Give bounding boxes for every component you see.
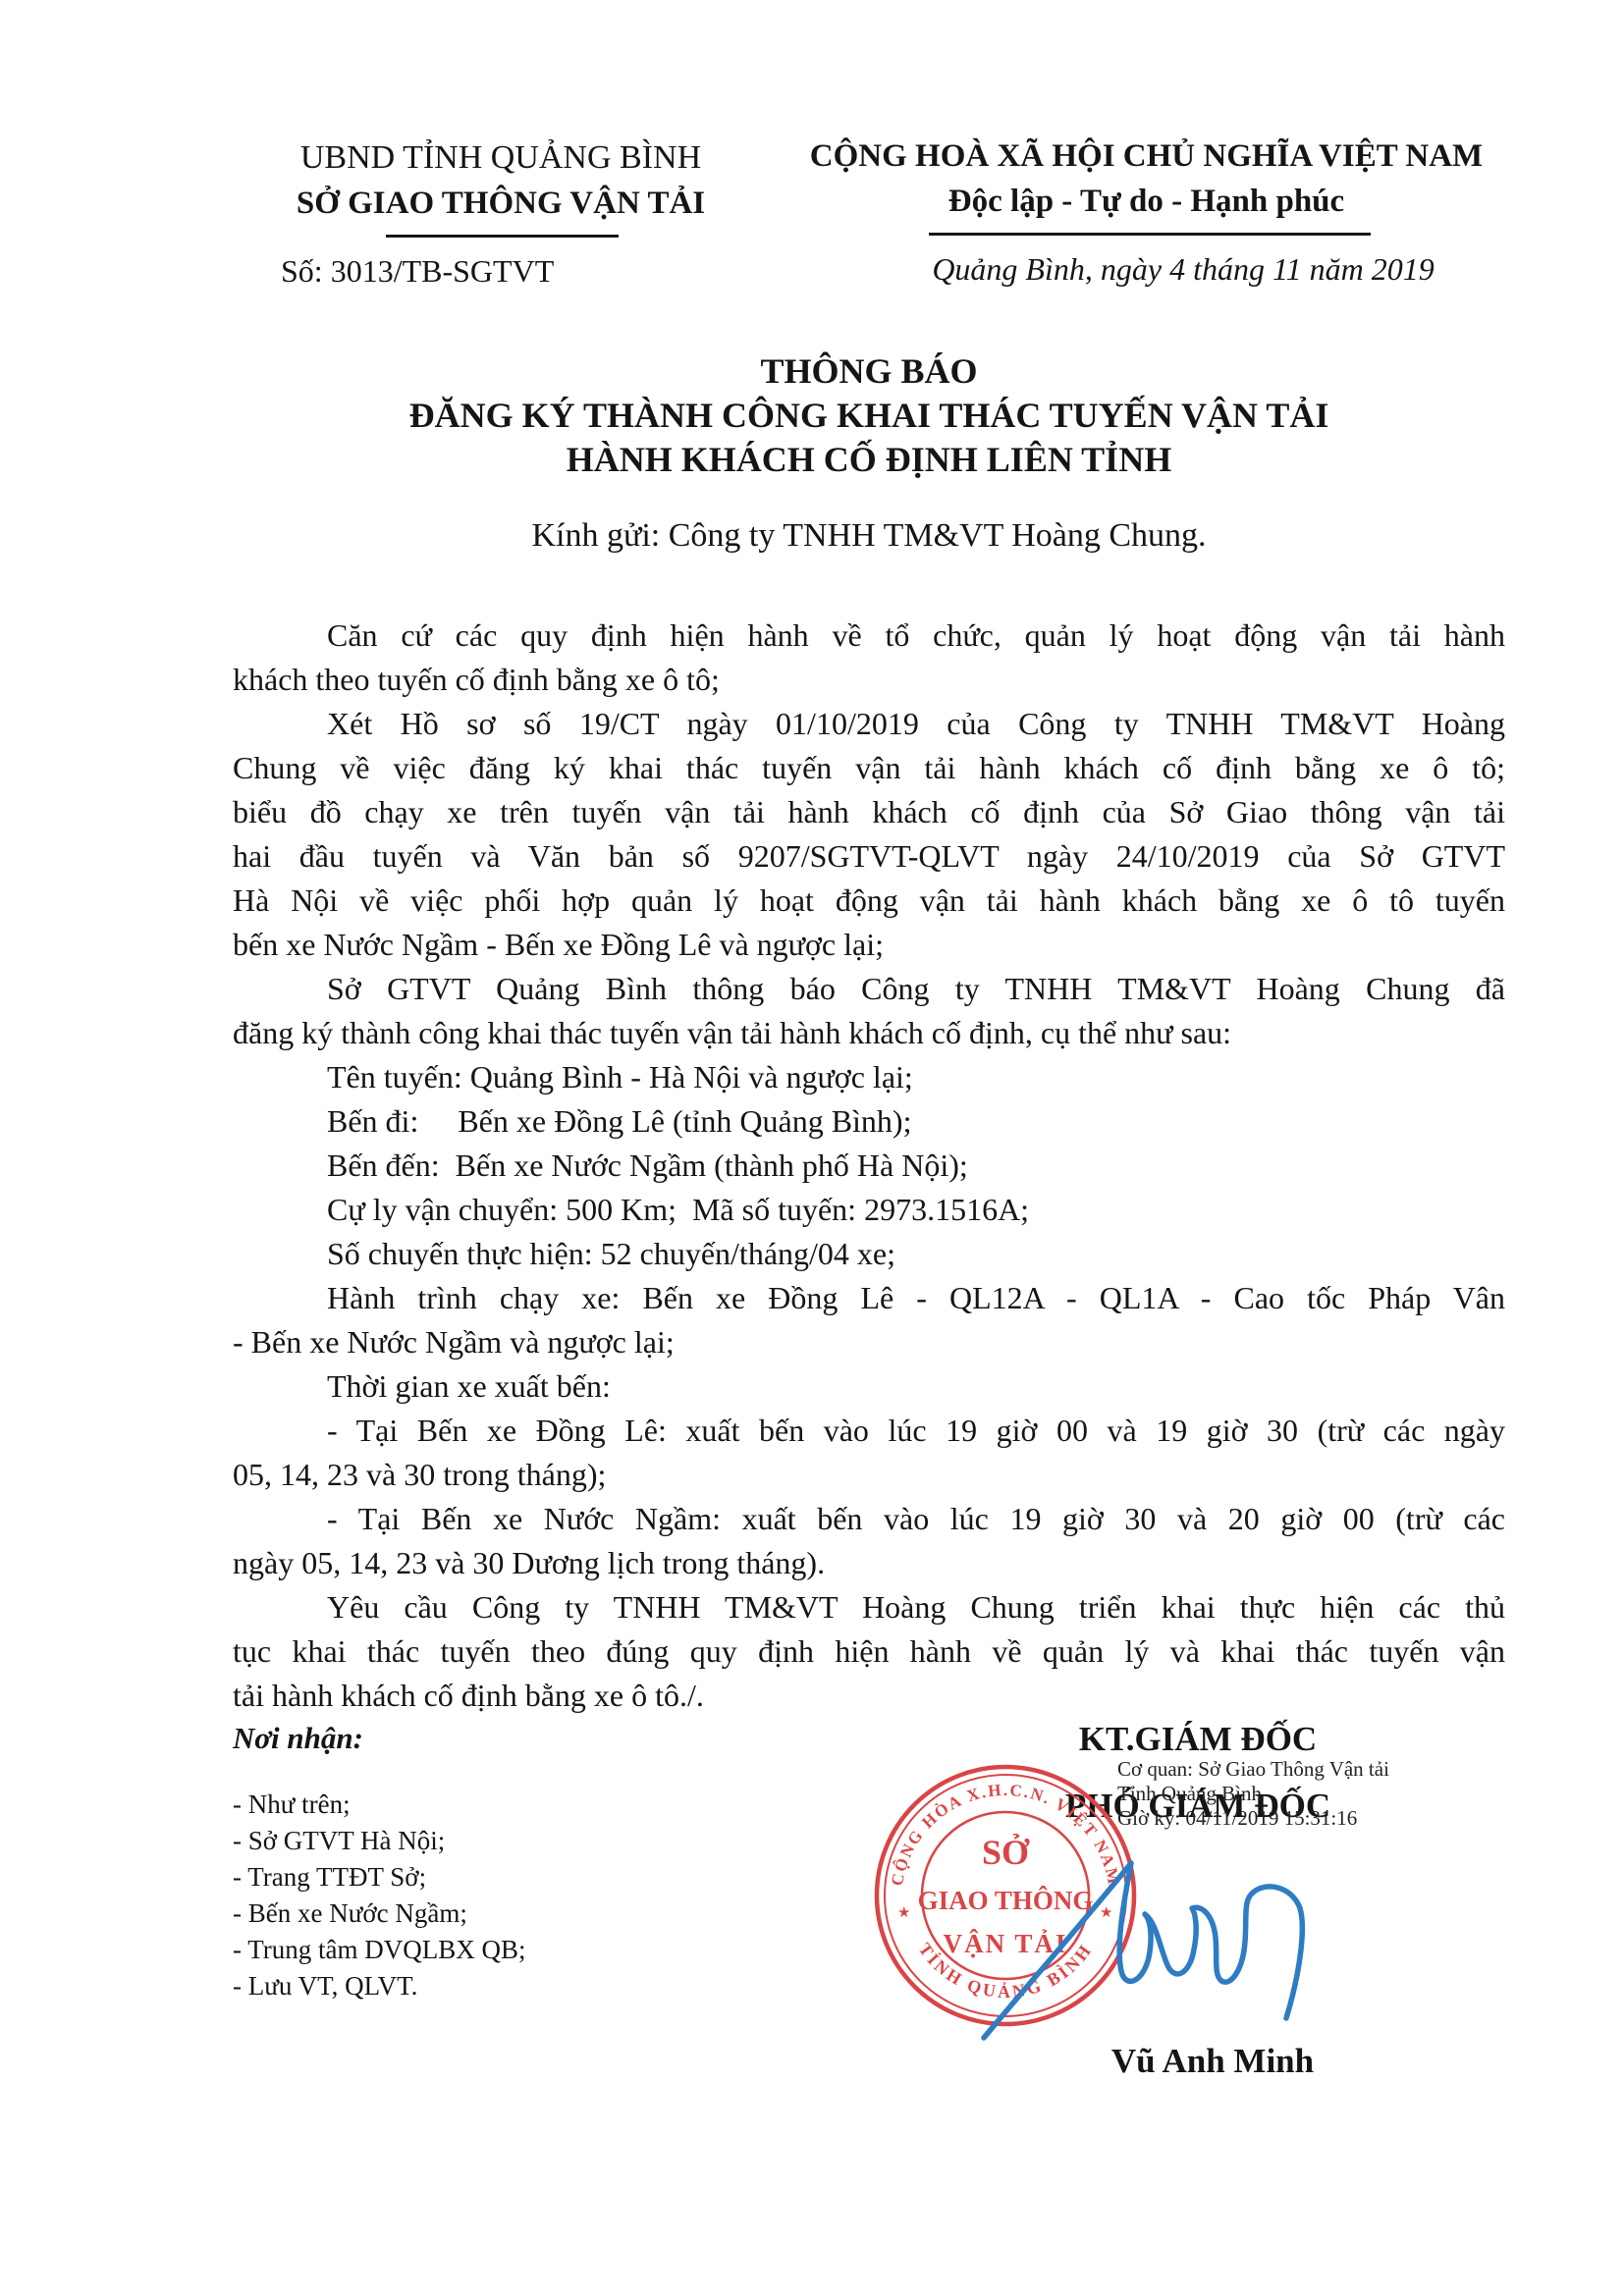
digital-signature-info: Cơ quan: Sở Giao Thông Vận tải Tỉnh Quản… — [1117, 1757, 1389, 1831]
issuing-department: SỞ GIAO THÔNG VẬN TẢI — [265, 181, 736, 226]
title-line-3: HÀNH KHÁCH CỐ ĐỊNH LIÊN TỈNH — [233, 438, 1505, 482]
signature-stroke — [984, 1863, 1302, 2038]
recipient-item: - Lưu VT, QLVT. — [233, 1968, 526, 2004]
body-line: - Tại Bến xe Nước Ngầm: xuất bến vào lúc… — [233, 1497, 1505, 1541]
body-line: biểu đồ chạy xe trên tuyến vận tải hành … — [233, 790, 1505, 834]
body-line: Hà Nội về việc phối hợp quản lý hoạt độn… — [233, 879, 1505, 923]
body-line: - Tại Bến xe Đồng Lê: xuất bến vào lúc 1… — [233, 1409, 1505, 1453]
recipients-list: - Như trên;- Sở GTVT Hà Nội;- Trang TTĐT… — [233, 1787, 526, 2004]
recipient-item: - Bến xe Nước Ngầm; — [233, 1896, 526, 1932]
digital-signature-province: Tỉnh Quảng Bình — [1117, 1782, 1389, 1806]
body-line: hai đầu tuyến và Văn bản số 9207/SGTVT-Q… — [233, 834, 1505, 879]
national-title: CỘNG HOÀ XÃ HỘI CHỦ NGHĨA VIỆT NAM — [781, 133, 1512, 179]
body-line: khách theo tuyến cố định bằng xe ô tô; — [233, 658, 1505, 702]
title-line-1: THÔNG BÁO — [233, 349, 1505, 394]
body-line: bến xe Nước Ngầm - Bến xe Đồng Lê và ngư… — [233, 923, 1505, 967]
handwritten-signature — [962, 1836, 1326, 2052]
body-line: Căn cứ các quy định hiện hành về tổ chức… — [233, 614, 1505, 658]
digital-signature-time: Giờ ký: 04/11/2019 15:31:16 — [1117, 1806, 1389, 1831]
title-block: THÔNG BÁO ĐĂNG KÝ THÀNH CÔNG KHAI THÁC T… — [233, 349, 1505, 482]
body-line: Tên tuyến: Quảng Bình - Hà Nội và ngược … — [233, 1055, 1505, 1099]
body-line: Xét Hồ sơ số 19/CT ngày 01/10/2019 của C… — [233, 702, 1505, 746]
recipient-item: - Trang TTĐT Sở; — [233, 1859, 526, 1896]
digital-signature-agency: Cơ quan: Sở Giao Thông Vận tải — [1117, 1757, 1389, 1782]
issuing-authority: UBND TỈNH QUẢNG BÌNH — [265, 135, 736, 181]
body-line: Hành trình chạy xe: Bến xe Đồng Lê - QL1… — [233, 1276, 1505, 1320]
body-line: tải hành khách cố định bằng xe ô tô./. — [233, 1674, 1505, 1718]
document-page: UBND TỈNH QUẢNG BÌNH SỞ GIAO THÔNG VẬN T… — [0, 0, 1624, 2296]
recipients-heading: Nơi nhận: — [233, 1721, 363, 1756]
body-line: Sở GTVT Quảng Bình thông báo Công ty TNH… — [233, 967, 1505, 1011]
header-left-underline — [386, 235, 619, 238]
recipient-item: - Như trên; — [233, 1787, 526, 1823]
body-line: Thời gian xe xuất bến: — [233, 1364, 1505, 1409]
body-line: đăng ký thành công khai thác tuyến vận t… — [233, 1011, 1505, 1055]
body-line: Cự ly vận chuyển: 500 Km; Mã số tuyến: 2… — [233, 1188, 1505, 1232]
body-line: Bến đi: Bến xe Đồng Lê (tỉnh Quảng Bình)… — [233, 1099, 1505, 1144]
signer-role-acting: KT.GIÁM ĐỐC — [972, 1720, 1424, 1759]
body-line: ngày 05, 14, 23 và 30 Dương lịch trong t… — [233, 1541, 1505, 1585]
header-left-block: UBND TỈNH QUẢNG BÌNH SỞ GIAO THÔNG VẬN T… — [265, 135, 736, 226]
body-line: - Bến xe Nước Ngầm và ngược lại; — [233, 1320, 1505, 1364]
header-right-block: CỘNG HOÀ XÃ HỘI CHỦ NGHĨA VIỆT NAM Độc l… — [781, 133, 1512, 224]
stamp-left-star-icon: ★ — [897, 1903, 910, 1921]
body-line: tục khai thác tuyến theo đúng quy định h… — [233, 1629, 1505, 1674]
body-line: 05, 14, 23 và 30 trong tháng); — [233, 1453, 1505, 1497]
body-line: Chung về việc đăng ký khai thác tuyến vậ… — [233, 746, 1505, 790]
place-date-line: Quảng Bình, ngày 4 tháng 11 năm 2019 — [854, 251, 1512, 288]
body-line: Bến đến: Bến xe Nước Ngầm (thành phố Hà … — [233, 1144, 1505, 1188]
title-line-2: ĐĂNG KÝ THÀNH CÔNG KHAI THÁC TUYẾN VẬN T… — [233, 394, 1505, 438]
document-number: Số: 3013/TB-SGTVT — [281, 253, 554, 290]
body-line: Yêu cầu Công ty TNHH TM&VT Hoàng Chung t… — [233, 1585, 1505, 1629]
salutation: Kính gửi: Công ty TNHH TM&VT Hoàng Chung… — [233, 517, 1505, 555]
recipient-item: - Sở GTVT Hà Nội; — [233, 1823, 526, 1859]
national-motto: Độc lập - Tự do - Hạnh phúc — [781, 179, 1512, 224]
recipient-item: - Trung tâm DVQLBX QB; — [233, 1932, 526, 1968]
body-line: Số chuyến thực hiện: 52 chuyến/tháng/04 … — [233, 1232, 1505, 1276]
header-right-underline — [929, 233, 1371, 236]
body-text: Căn cứ các quy định hiện hành về tổ chức… — [233, 614, 1505, 1718]
